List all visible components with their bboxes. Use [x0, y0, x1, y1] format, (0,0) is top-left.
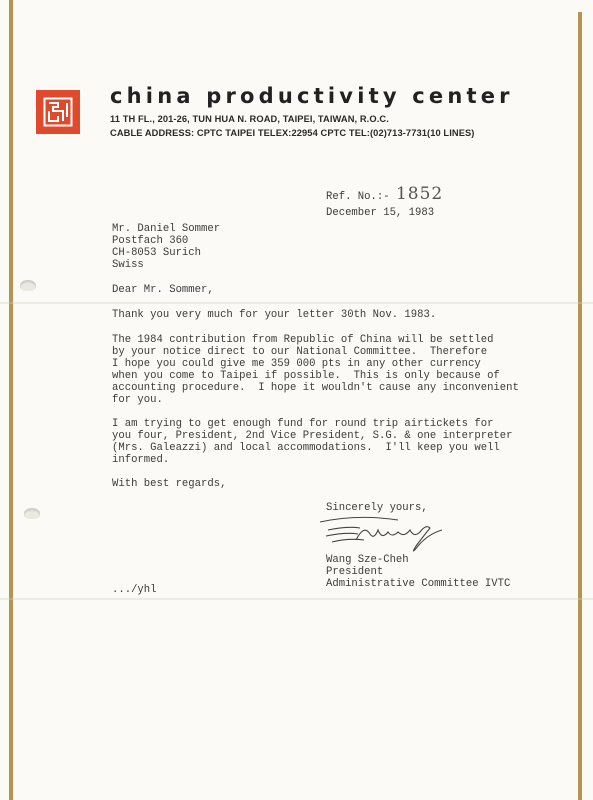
handwritten-signature-icon — [318, 512, 458, 556]
body-paragraph-2-line: for you. — [112, 394, 163, 406]
cpc-logo-icon — [36, 90, 80, 134]
punch-hole — [24, 508, 40, 519]
recipient-name: Mr. Daniel Sommer — [112, 223, 220, 235]
fold-line — [0, 302, 593, 304]
reference-number: 1852 — [396, 184, 443, 204]
typist-initials: .../yhl — [112, 584, 157, 596]
body-paragraph-2-line: by your notice direct to our National Co… — [112, 346, 487, 358]
recipient-country: Swiss — [112, 259, 144, 271]
body-paragraph-2-line: The 1984 contribution from Republic of C… — [112, 334, 493, 346]
binding-edge-left — [9, 0, 13, 800]
binding-edge-right — [578, 12, 582, 800]
body-paragraph-2-line: accounting procedure. I hope it wouldn't… — [112, 382, 519, 394]
reference-label: Ref. No.:- — [326, 191, 390, 203]
body-paragraph-2-line: I hope you could give me 359 000 pts in … — [112, 358, 481, 370]
recipient-address-line: CH-8053 Surich — [112, 247, 201, 259]
body-paragraph-3-line: I am trying to get enough fund for round… — [112, 418, 493, 430]
body-paragraph-3-line: informed. — [112, 454, 169, 466]
letter-date: December 15, 1983 — [326, 207, 434, 219]
fold-line — [0, 598, 593, 600]
body-paragraph-3-line: (Mrs. Galeazzi) and local accommodations… — [112, 442, 500, 454]
signer-name: Wang Sze-Cheh — [326, 554, 409, 566]
letter-page: china productivity center 11 TH FL., 201… — [0, 0, 593, 800]
body-paragraph-3-line: you four, President, 2nd Vice President,… — [112, 430, 513, 442]
letterhead-contact: CABLE ADDRESS: CPTC TAIPEI TELEX:22954 C… — [110, 128, 475, 138]
organization-name: china productivity center — [110, 84, 514, 108]
letterhead-address: 11 TH FL., 201-26, TUN HUA N. ROAD, TAIP… — [110, 114, 389, 124]
reference-line: Ref. No.:- 1852 — [326, 188, 443, 203]
punch-hole — [20, 280, 36, 291]
regards-line: With best regards, — [112, 478, 226, 490]
signer-title: President — [326, 566, 383, 578]
recipient-address-line: Postfach 360 — [112, 235, 188, 247]
signer-organization: Administrative Committee IVTC — [326, 578, 510, 590]
body-paragraph-1: Thank you very much for your letter 30th… — [112, 309, 436, 321]
salutation: Dear Mr. Sommer, — [112, 284, 214, 296]
body-paragraph-2-line: when you come to Taipei if possible. Thi… — [112, 370, 500, 382]
